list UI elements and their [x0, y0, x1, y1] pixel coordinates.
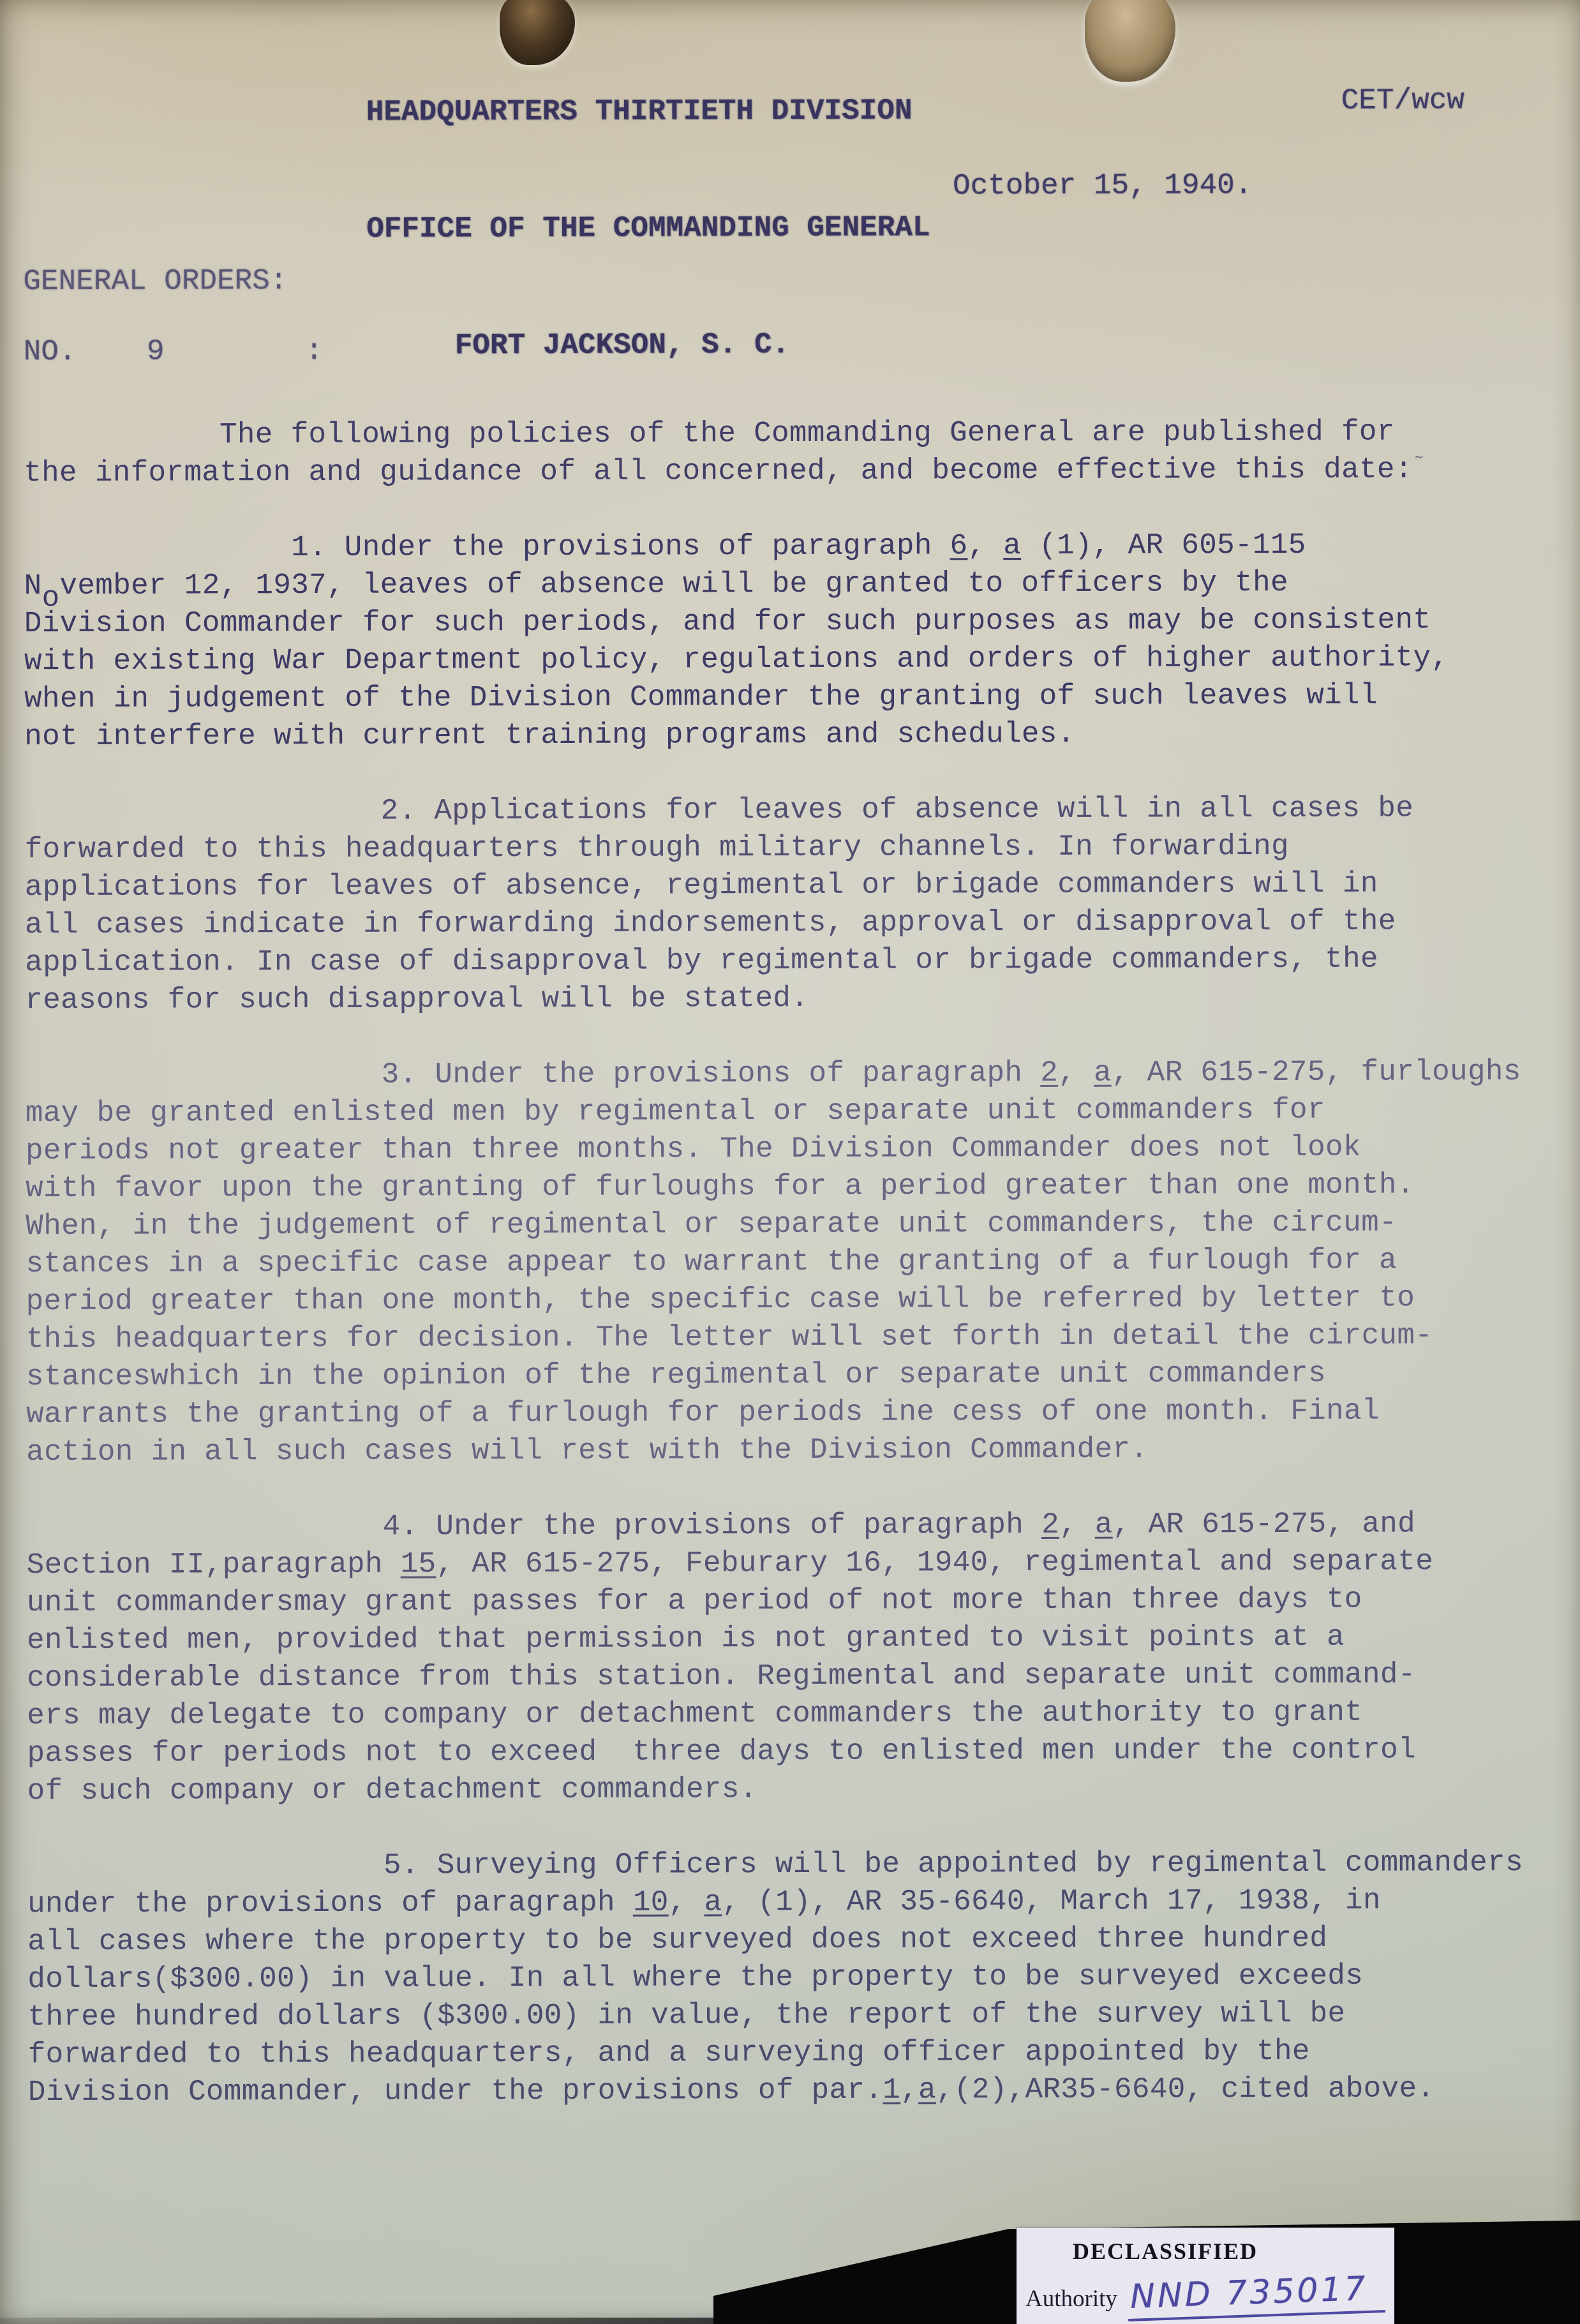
text-line: Division Commander, under the provisions… — [28, 2070, 1572, 2111]
declassified-stamp-title: DECLASSIFIED — [1073, 2238, 1394, 2265]
letterhead: HEADQUARTERS THIRTIETH DIVISION OFFICE O… — [366, 13, 930, 443]
text-line: the information and guidance of all conc… — [24, 451, 1568, 492]
paragraph-3: 3. Under the provisions of paragraph 2, … — [26, 1053, 1571, 1471]
text-line: forwarded to this headquarters, and a su… — [28, 2032, 1572, 2074]
text-line: When, in the judgement of regimental or … — [26, 1204, 1570, 1245]
declassified-stamp: DECLASSIFIED Authority NND 735017 — [1017, 2228, 1394, 2324]
orders-number: NO. 9 : — [24, 334, 323, 368]
text-line: not interfere with current training prog… — [24, 714, 1569, 756]
text-line: under the provisions of paragraph 10, a,… — [27, 1882, 1572, 1923]
paragraph-2: 2. Applications for leaves of absence wi… — [24, 790, 1569, 1019]
document-date: October 15, 1940. — [953, 169, 1252, 202]
text-line: ers may delegate to company or detachmen… — [27, 1693, 1571, 1735]
text-line: this headquarters for decision. The lett… — [26, 1317, 1570, 1358]
text-line: Section II,paragraph 15, AR 615-275, Feb… — [27, 1543, 1571, 1584]
text-line: may be granted enlisted men by regimenta… — [26, 1091, 1570, 1132]
general-orders-label: GENERAL ORDERS: — [23, 264, 287, 298]
paragraph-5: 5. Surveying Officers will be appointed … — [27, 1844, 1572, 2111]
text-line: applications for leaves of absence, regi… — [25, 865, 1569, 906]
text-line: stanceswhich in the opinion of the regim… — [26, 1354, 1570, 1396]
text-line: of such company or detachment commanders… — [27, 1769, 1572, 1810]
letterhead-line-3: FORT JACKSON, S. C. — [367, 325, 931, 365]
text-line: period greater than one month, the speci… — [26, 1279, 1570, 1321]
text-line: all cases where the property to be surve… — [27, 1919, 1572, 1961]
text-line: action in all such cases will rest with … — [26, 1430, 1570, 1471]
reference-initials: CET/wcw — [1341, 84, 1464, 117]
text-line: The following policies of the Commanding… — [24, 413, 1568, 454]
text-line: all cases indicate in forwarding indorse… — [25, 903, 1569, 944]
text-line: 4. Under the provisions of paragraph 2, … — [26, 1505, 1570, 1547]
text-line: 5. Surveying Officers will be appointed … — [27, 1844, 1572, 1885]
paragraph-0: The following policies of the Commanding… — [24, 413, 1568, 492]
document-content: HEADQUARTERS THIRTIETH DIVISION OFFICE O… — [0, 0, 1580, 2324]
scanned-document-page: HEADQUARTERS THIRTIETH DIVISION OFFICE O… — [0, 0, 1580, 2324]
scan-bottom-edge — [0, 2318, 766, 2324]
text-line: warrants the granting of a furlough for … — [26, 1392, 1570, 1434]
text-line: stances in a specific case appear to war… — [26, 1241, 1570, 1283]
authority-handwritten-number: NND 735017 — [1127, 2269, 1385, 2321]
text-line: 3. Under the provisions of paragraph 2, … — [26, 1053, 1570, 1095]
text-line: considerable distance from this station.… — [27, 1656, 1571, 1697]
authority-label: Authority — [1025, 2274, 1117, 2313]
text-line: periods not greater than three months. T… — [26, 1128, 1570, 1170]
text-line: with existing War Department policy, reg… — [24, 639, 1569, 680]
text-line: unit commandersmay grant passes for a pe… — [27, 1580, 1571, 1622]
text-line: application. In case of disapproval by r… — [25, 940, 1569, 982]
text-line: November 12, 1937, leaves of absence wil… — [24, 564, 1569, 605]
letterhead-line-1: HEADQUARTERS THIRTIETH DIVISION — [366, 91, 930, 131]
document-body: The following policies of the Commanding… — [24, 413, 1572, 2149]
declassified-authority-row: Authority NND 735017 — [1025, 2274, 1385, 2317]
text-line: with favor upon the granting of furlough… — [26, 1166, 1570, 1208]
text-line: forwarded to this headquarters through m… — [25, 827, 1569, 869]
letterhead-line-2: OFFICE OF THE COMMANDING GENERAL — [366, 208, 930, 248]
text-line: 2. Applications for leaves of absence wi… — [24, 790, 1569, 831]
text-line: enlisted men, provided that permission i… — [27, 1618, 1571, 1660]
paragraph-4: 4. Under the provisions of paragraph 2, … — [26, 1505, 1571, 1810]
text-line: dollars($300.00) in value. In all where … — [27, 1957, 1572, 1998]
text-line: three hundred dollars ($300.00) in value… — [27, 1995, 1572, 2036]
text-line: when in judgement of the Division Comman… — [24, 677, 1569, 718]
text-line: reasons for such disapproval will be sta… — [25, 978, 1569, 1019]
text-line: 1. Under the provisions of paragraph 6, … — [24, 526, 1568, 567]
text-line: passes for periods not to exceed three d… — [27, 1731, 1571, 1773]
paragraph-1: 1. Under the provisions of paragraph 6, … — [24, 526, 1569, 756]
text-line: Division Commander for such periods, and… — [24, 601, 1569, 643]
